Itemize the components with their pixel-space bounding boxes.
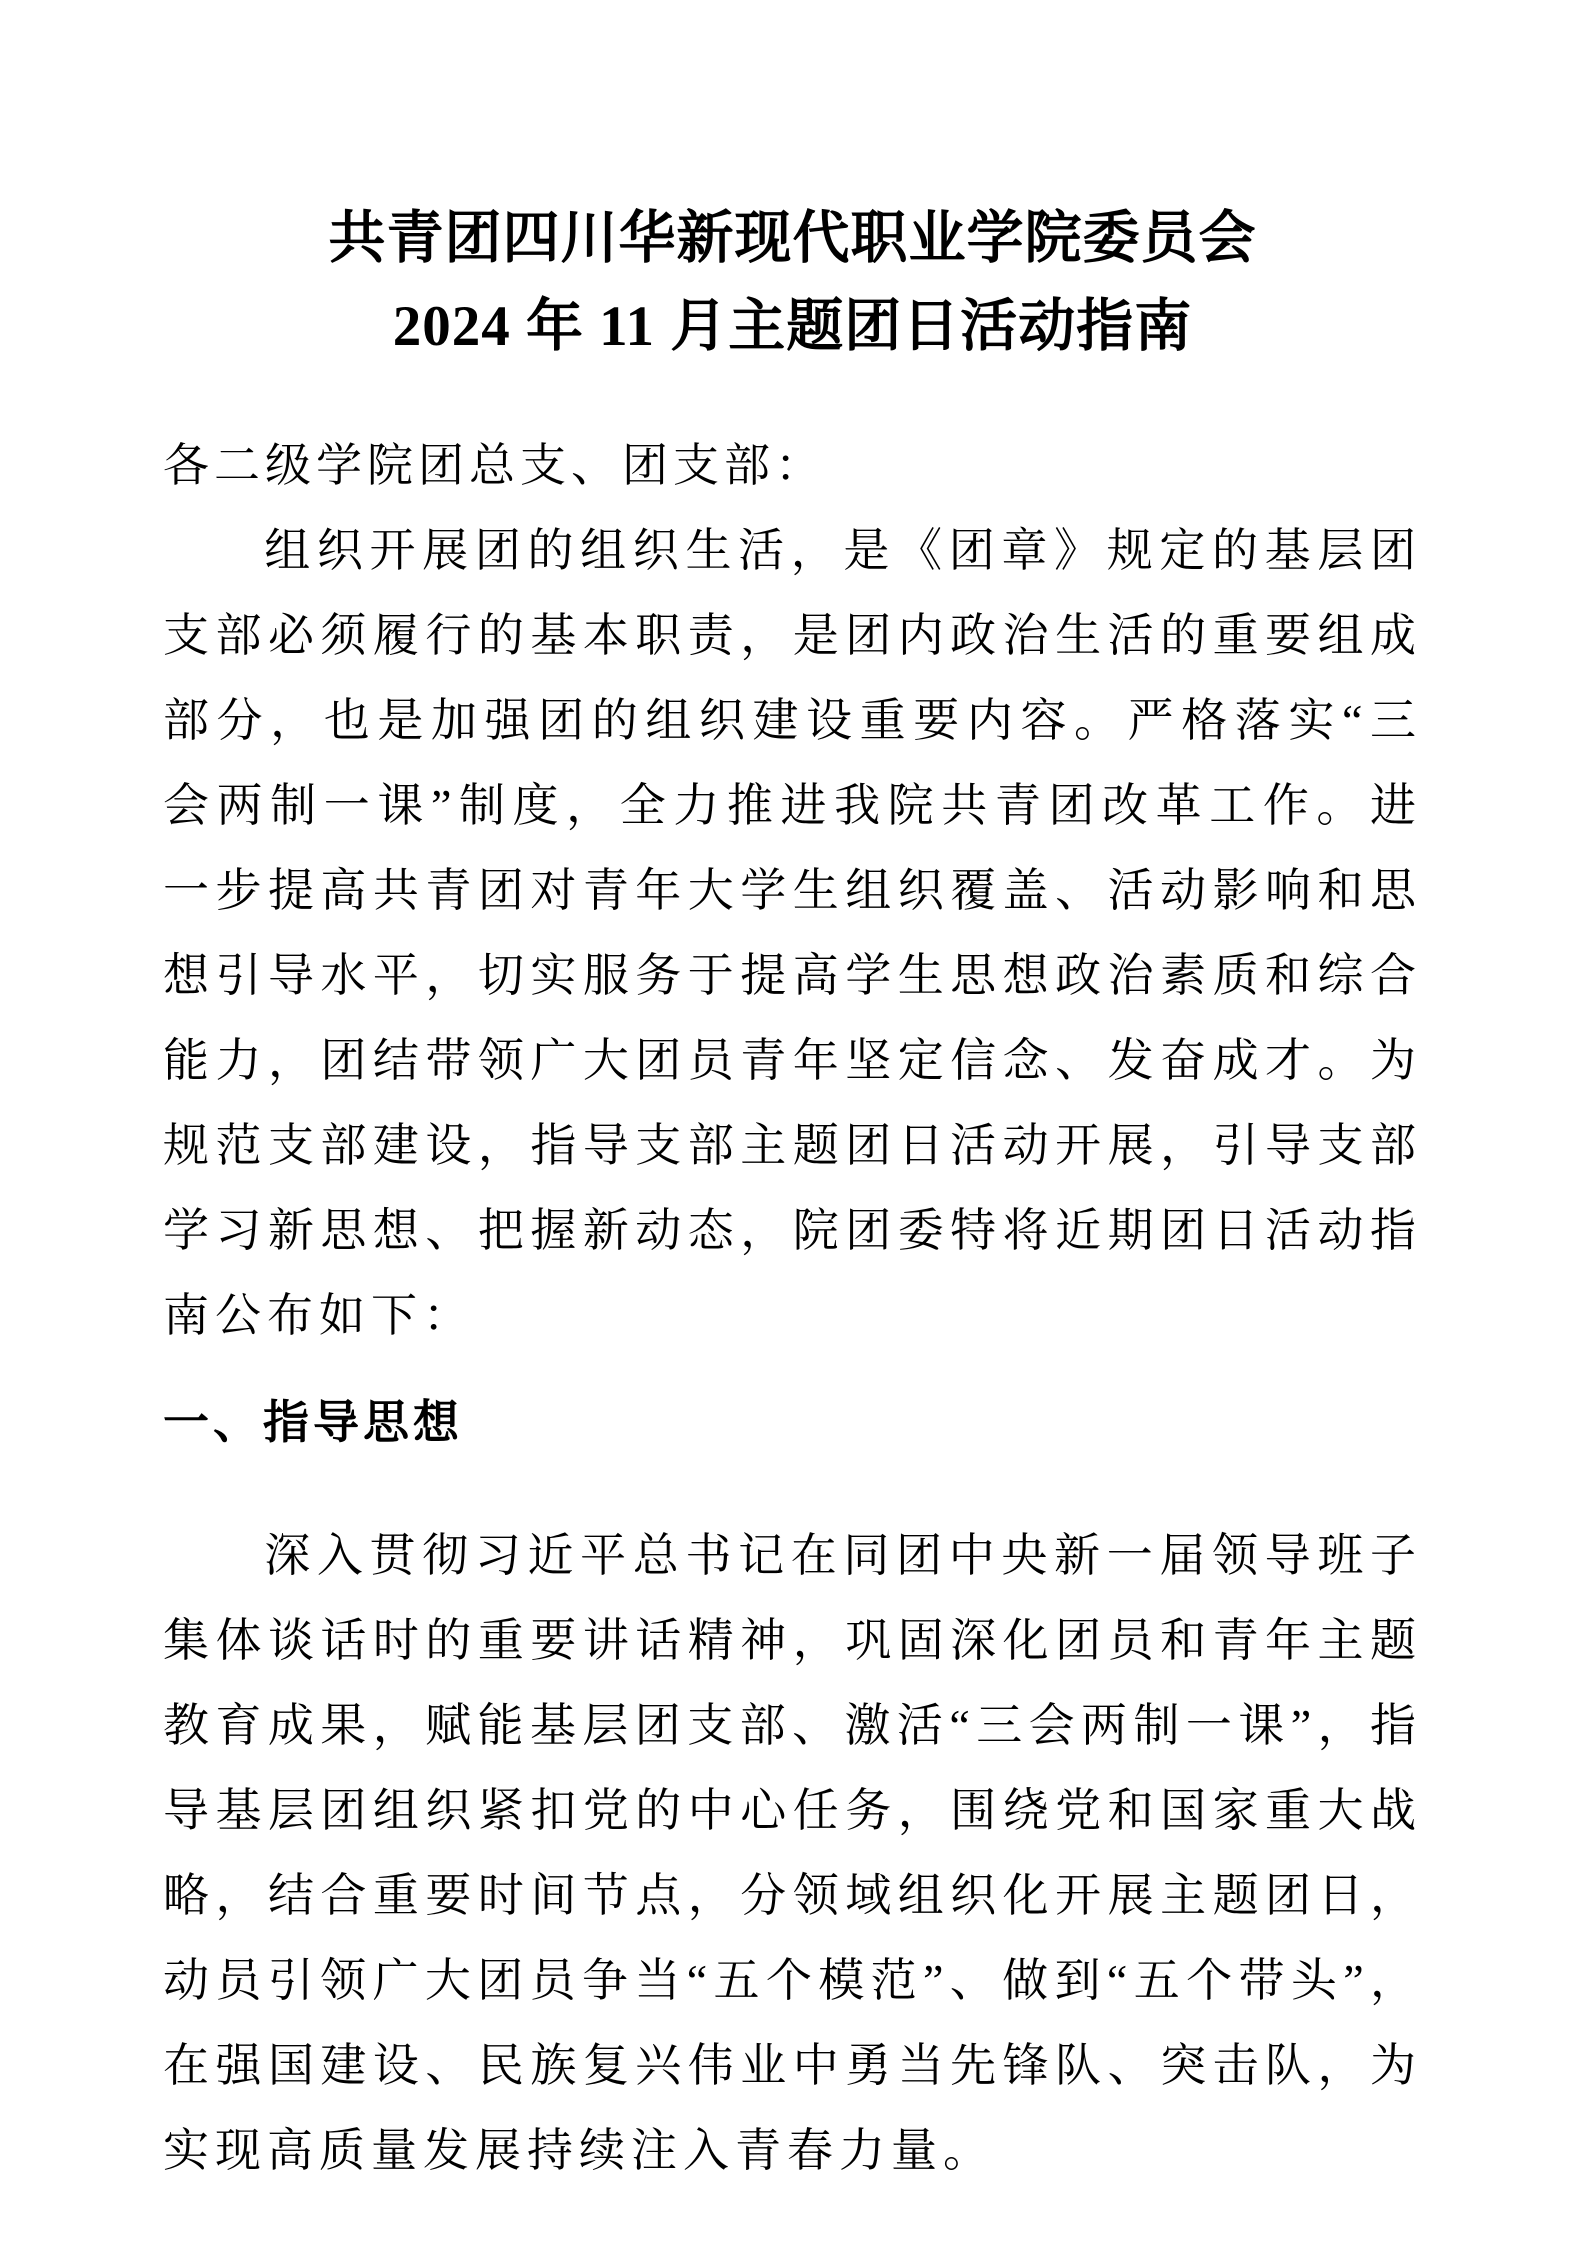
- salutation-line: 各二级学院团总支、团支部：: [163, 423, 1422, 508]
- document-page: 共青团四川华新现代职业学院委员会 2024 年 11 月主题团日活动指南 各二级…: [0, 0, 1587, 2245]
- document-title-line-1: 共青团四川华新现代职业学院委员会: [163, 195, 1422, 283]
- intro-paragraph: 组织开展团的组织生活，是《团章》规定的基层团支部必须履行的基本职责，是团内政治生…: [163, 508, 1422, 1358]
- section-paragraph-guiding-ideology: 深入贯彻习近平总书记在同团中央新一届领导班子集体谈话时的重要讲话精神，巩固深化团…: [163, 1513, 1422, 2193]
- document-title: 共青团四川华新现代职业学院委员会 2024 年 11 月主题团日活动指南: [163, 195, 1422, 371]
- document-title-line-2: 2024 年 11 月主题团日活动指南: [163, 283, 1422, 371]
- section-heading-guiding-ideology: 一、指导思想: [163, 1380, 1422, 1465]
